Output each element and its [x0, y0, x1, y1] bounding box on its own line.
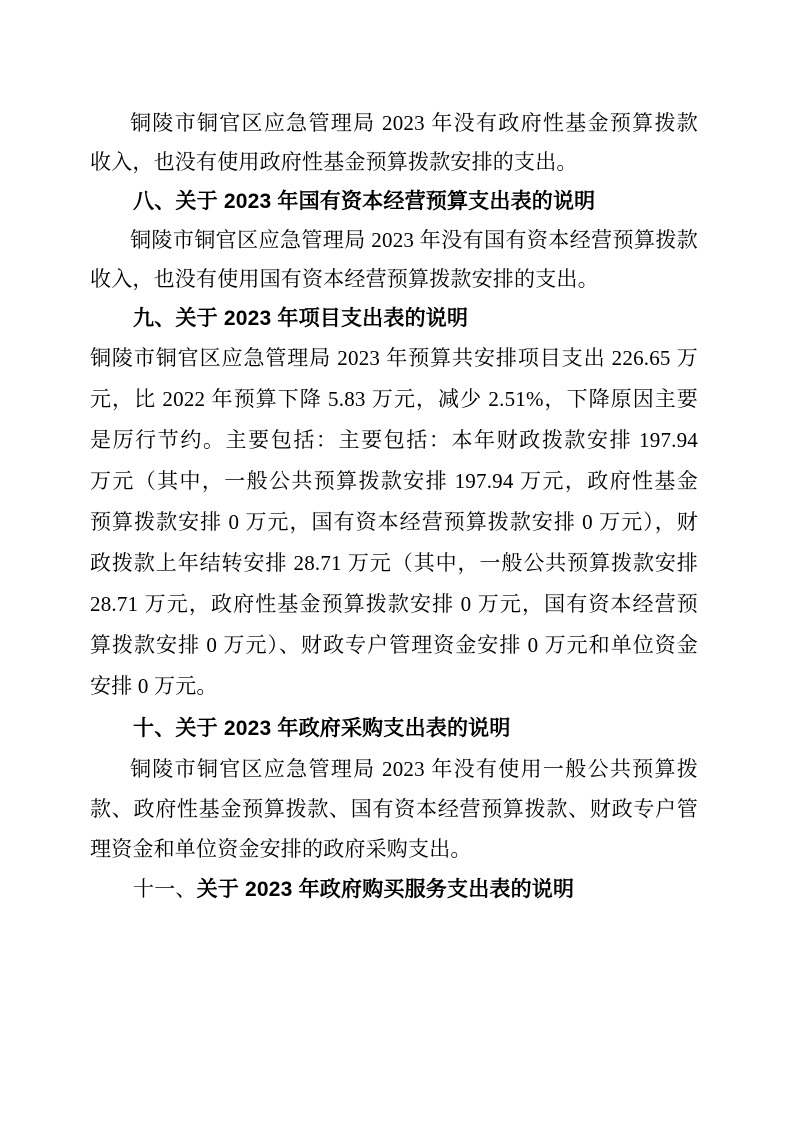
text-line: 政拨款上年结转安排 28.71 万元（其中，一般公共预算拨款安排 — [90, 543, 698, 584]
heading-text: 十、关于 2023 年政府采购支出表的说明 — [133, 717, 511, 740]
para-project-expenditure: 铜陵市铜官区应急管理局 2023 年预算共安排项目支出 226.65 万元，比 … — [90, 338, 698, 707]
document-content: 铜陵市铜官区应急管理局 2023 年没有政府性基金预算拨款收入，也没有使用政府性… — [90, 104, 698, 910]
heading-section-10-title: 十、关于 2023 年政府采购支出表的说明 — [90, 709, 698, 749]
document-page: 铜陵市铜官区应急管理局 2023 年没有政府性基金预算拨款收入，也没有使用政府性… — [0, 0, 793, 1122]
text-line: 是厉行节约。主要包括：主要包括：本年财政拨款安排 197.94 — [90, 420, 698, 461]
text-line: 铜陵市铜官区应急管理局 2023 年没有国有资本经营预算拨款 — [90, 221, 698, 260]
text-line: 铜陵市铜官区应急管理局 2023 年没有使用一般公共预算拨 — [90, 749, 698, 789]
text-line: 收入，也没有使用政府性基金预算拨款安排的支出。 — [90, 143, 698, 182]
heading-section-11-title: 十一、关于 2023 年政府购买服务支出表的说明 — [90, 869, 698, 910]
heading-section-8-title: 八、关于 2023 年国有资本经营预算支出表的说明 — [90, 182, 698, 221]
heading-section-11: 十一、关于 2023 年政府购买服务支出表的说明 — [90, 869, 698, 910]
text-line: 算拨款安排 0 万元）、财政专户管理资金安排 0 万元和单位资金 — [90, 625, 698, 666]
text-line: 万元（其中，一般公共预算拨款安排 197.94 万元，政府性基金 — [90, 461, 698, 502]
text-line: 预算拨款安排 0 万元，国有资本经营预算拨款安排 0 万元），财 — [90, 502, 698, 543]
text-line: 款、政府性基金预算拨款、国有资本经营预算拨款、财政专户管 — [90, 789, 698, 829]
heading-section-10: 十、关于 2023 年政府采购支出表的说明 — [90, 709, 698, 749]
heading-text: 九、关于 2023 年项目支出表的说明 — [133, 307, 468, 330]
text-line: 元，比 2022 年预算下降 5.83 万元，减少 2.51%，下降原因主要 — [90, 379, 698, 420]
text-line: 安排 0 万元。 — [90, 666, 698, 707]
heading-section-8: 八、关于 2023 年国有资本经营预算支出表的说明 — [90, 182, 698, 221]
text-line: 铜陵市铜官区应急管理局 2023 年没有政府性基金预算拨款 — [90, 104, 698, 143]
heading-text: 八、关于 2023 年国有资本经营预算支出表的说明 — [133, 190, 595, 213]
heading-section-9: 九、关于 2023 年项目支出表的说明 — [90, 299, 698, 338]
text-line: 28.71 万元，政府性基金预算拨款安排 0 万元，国有资本经营预 — [90, 584, 698, 625]
para-state-capital-budget: 铜陵市铜官区应急管理局 2023 年没有国有资本经营预算拨款收入，也没有使用国有… — [90, 221, 698, 299]
para-gov-fund-budget: 铜陵市铜官区应急管理局 2023 年没有政府性基金预算拨款收入，也没有使用政府性… — [90, 104, 698, 182]
heading-text: 关于 2023 年政府购买服务支出表的说明 — [197, 878, 575, 901]
heading-number-prefix: 十一、 — [133, 877, 197, 901]
text-line: 理资金和单位资金安排的政府采购支出。 — [90, 829, 698, 869]
text-line: 收入，也没有使用国有资本经营预算拨款安排的支出。 — [90, 260, 698, 299]
text-line: 铜陵市铜官区应急管理局 2023 年预算共安排项目支出 226.65 万 — [90, 338, 698, 379]
para-gov-procurement: 铜陵市铜官区应急管理局 2023 年没有使用一般公共预算拨款、政府性基金预算拨款… — [90, 749, 698, 869]
heading-section-9-title: 九、关于 2023 年项目支出表的说明 — [90, 299, 698, 338]
